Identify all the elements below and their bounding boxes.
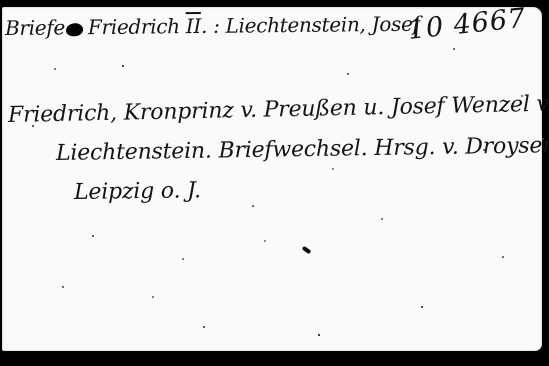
body-line: Leipzig o. J. [74,178,201,205]
title-name: Friedrich [88,14,186,39]
scan-noise-specks [2,7,4,9]
heading-line: BriefeFriedrich II. : Liechtenstein, Jos… [5,12,420,40]
title-rest: . : Liechtenstein, Josef [201,12,420,38]
scanned-catalog-card-page: { "colors": { "background": "#000000", "… [0,0,549,366]
body-line: Liechtenstein. Briefwechsel. Hrsg. v. Dr… [56,133,549,166]
ink-blot [66,23,83,36]
body-line: Friedrich, Kronprinz v. Preußen u. Josef… [8,92,549,128]
ink-mark [302,246,312,254]
classification-label: Briefe [5,15,65,40]
title-roman-numeral: II [186,14,201,38]
catalog-card: BriefeFriedrich II. : Liechtenstein, Jos… [2,7,542,351]
call-number: 10 4667 [406,3,527,46]
